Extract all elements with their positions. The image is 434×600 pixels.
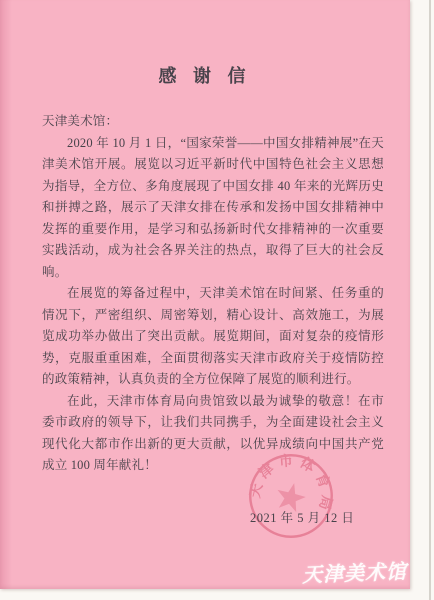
- museum-watermark: 天津美术馆: [302, 555, 408, 588]
- paragraph-3: 在此，天津市体育局向贵馆致以最为诚挚的敬意！在市委市政府的领导下，让我们共同携手…: [42, 391, 384, 477]
- paragraph-2: 在展览的筹备过程中，天津美术馆在时间紧、任务重的情况下，严密组织、周密筹划，精心…: [42, 283, 384, 391]
- salutation: 天津美术馆：: [42, 111, 384, 133]
- letter-body: 天津美术馆： 2020 年 10 月 1 日，“国家荣誉——中国女排精神展”在天…: [42, 111, 384, 477]
- letter-date: 2021 年 5 月 12 日: [250, 508, 354, 526]
- scanned-letter-page: 感 谢 信 天津美术馆： 2020 年 10 月 1 日，“国家荣誉——中国女排…: [0, 0, 434, 600]
- scan-edge-line: [429, 0, 431, 600]
- letter-paper: 感 谢 信 天津美术馆： 2020 年 10 月 1 日，“国家荣誉——中国女排…: [0, 0, 410, 589]
- letter-title: 感 谢 信: [0, 62, 410, 88]
- paragraph-1: 2020 年 10 月 1 日，“国家荣誉——中国女排精神展”在天津美术馆开展。…: [42, 133, 384, 284]
